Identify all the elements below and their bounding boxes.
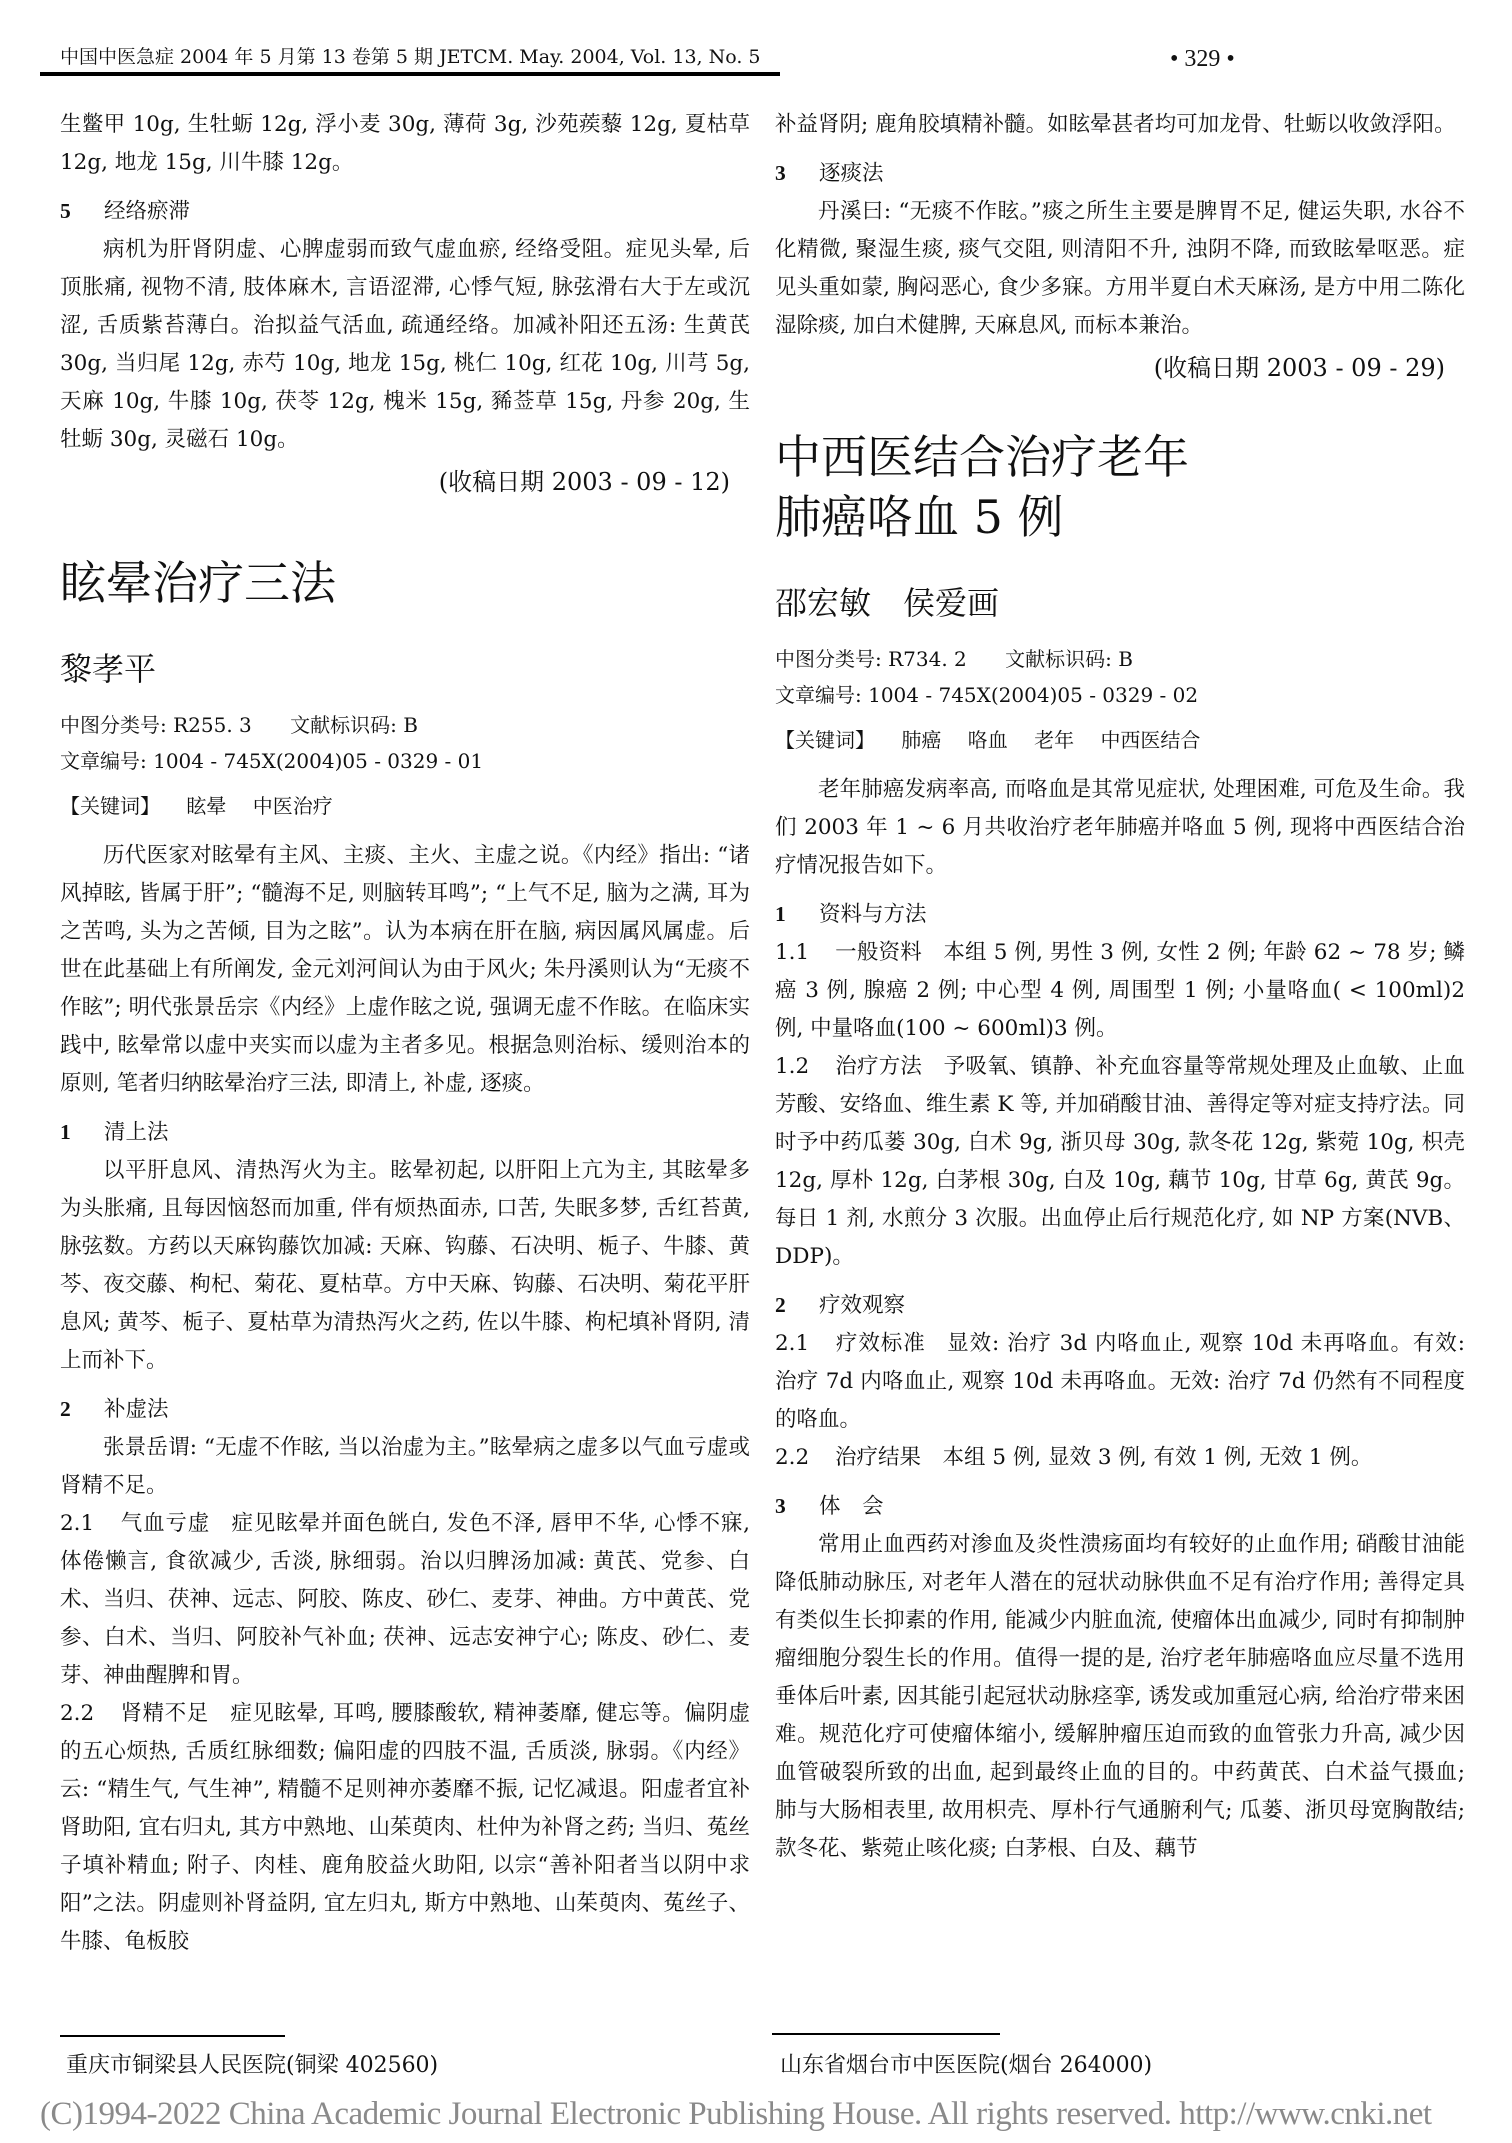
subsection-label: 气血亏虚 [120,1511,210,1536]
article-number: 文章编号: 1004 - 745X(2004)05 - 0329 - 02 [775,677,1465,713]
section-title: 逐痰法 [819,161,884,186]
article-title-line: 中西医结合治疗老年 [775,430,1189,484]
subsection-body: 症见眩晕并面色㿠白, 发色不泽, 唇甲不华, 心悸不寐, 体倦懒言, 食欲减少,… [60,1511,750,1688]
received-date: (收稿日期 2003 - 09 - 29) [775,349,1465,387]
section-title: 经络瘀滞 [104,199,190,224]
section-heading: 1资料与方法 [775,895,1465,934]
classification-line: 中图分类号: R255. 3 文献标识码: B [60,707,750,743]
prev-article-continuation: 生鳖甲 10g, 生牡蛎 12g, 浮小麦 30g, 薄荷 3g, 沙苑蒺藜 1… [60,106,750,182]
subsection: 1.2治疗方法予吸氧、镇静、补充血容量等常规处理及止血敏、止血芳酸、安络血、维生… [775,1048,1465,1276]
section-number: 3 [775,154,819,192]
subsection-body: 本组 5 例, 显效 3 例, 有效 1 例, 无效 1 例。 [943,1445,1373,1470]
subsection-label: 一般资料 [835,940,922,965]
clc-number: 中图分类号: R734. 2 [775,647,967,671]
subsection-body: 予吸氧、镇静、补充血容量等常规处理及止血敏、止血芳酸、安络血、维生素 K 等, … [775,1054,1465,1269]
doc-code: 文献标识码: B [1005,647,1133,671]
keywords-label: 【关键词】 [775,728,875,752]
section-title: 资料与方法 [819,902,927,927]
subsection-number: 2.2 [775,1439,835,1477]
section-heading: 2疗效观察 [775,1286,1465,1325]
article-title: 中西医结合治疗老年 肺癌咯血 5 例 [775,427,1465,547]
keywords: 【关键词】 眩晕 中医治疗 [60,787,750,825]
section-heading: 1清上法 [60,1113,750,1152]
article-title-line: 肺癌咯血 5 例 [775,490,1064,544]
subsection-number: 2.1 [775,1325,835,1363]
section-body: 张景岳谓: “无虚不作眩, 当以治虚为主。”眩晕病之虚多以气血亏虚或肾精不足。 [60,1429,750,1505]
doc-code: 文献标识码: B [290,713,418,737]
subsection-number: 2.1 [60,1505,120,1543]
subsection-body: 症见眩晕, 耳鸣, 腰膝酸软, 精神萎靡, 健忘等。偏阴虚的五心烦热, 舌质红脉… [60,1701,750,1954]
keyword: 咯血 [968,728,1008,752]
article-authors: 黎孝平 [60,647,750,691]
article-number: 文章编号: 1004 - 745X(2004)05 - 0329 - 01 [60,743,750,779]
section-heading: 3逐痰法 [775,154,1465,193]
subsection-number: 1.2 [775,1048,835,1086]
subsection-number: 2.2 [60,1695,120,1733]
keyword: 老年 [1034,728,1074,752]
section-number: 2 [60,1390,104,1428]
subsection: 2.1疗效标准显效: 治疗 3d 内咯血止, 观察 10d 未再咯血。有效: 治… [775,1325,1465,1439]
intro-paragraph: 老年肺癌发病率高, 而咯血是其常见症状, 处理困难, 可危及生命。我们 2003… [775,771,1465,885]
copyright-watermark: (C)1994-2022 China Academic Journal Elec… [40,2096,1432,2133]
classification-line: 中图分类号: R734. 2 文献标识码: B [775,641,1465,677]
subsection: 2.2治疗结果本组 5 例, 显效 3 例, 有效 1 例, 无效 1 例。 [775,1439,1465,1477]
header-rule [40,72,780,76]
section-body: 丹溪曰: “无痰不作眩。”痰之所生主要是脾胃不足, 健运失职, 水谷不化精微, … [775,193,1465,345]
keyword: 中医治疗 [253,794,333,818]
page-number: • 329 • [1170,46,1235,73]
keyword: 眩晕 [186,794,226,818]
article-authors: 邵宏敏 侯爱画 [775,581,1465,625]
subsection-label: 治疗方法 [835,1054,922,1079]
section-title: 疗效观察 [819,1293,905,1318]
subsection: 2.1气血亏虚症见眩晕并面色㿠白, 发色不泽, 唇甲不华, 心悸不寐, 体倦懒言… [60,1505,750,1695]
left-column: 生鳖甲 10g, 生牡蛎 12g, 浮小麦 30g, 薄荷 3g, 沙苑蒺藜 1… [60,106,750,1961]
section-number: 3 [775,1487,819,1525]
subsection: 2.2肾精不足症见眩晕, 耳鸣, 腰膝酸软, 精神萎靡, 健忘等。偏阴虚的五心烦… [60,1695,750,1961]
section-heading: 2补虚法 [60,1390,750,1429]
prev-article-continuation: 补益肾阴; 鹿角胶填精补髓。如眩晕甚者均可加龙骨、牡蛎以收敛浮阳。 [775,106,1465,144]
section-body: 病机为肝肾阴虚、心脾虚弱而致气虚血瘀, 经络受阻。症见头晕, 后顶胀痛, 视物不… [60,231,750,459]
section-body: 以平肝息风、清热泻火为主。眩晕初起, 以肝阳上亢为主, 其眩晕多为头胀痛, 且每… [60,1152,750,1380]
keywords-label: 【关键词】 [60,794,160,818]
subsection-label: 治疗结果 [835,1445,921,1470]
subsection-label: 疗效标准 [835,1331,926,1356]
intro-paragraph: 历代医家对眩晕有主风、主痰、主火、主虚之说。《内经》指出: “诸风掉眩, 皆属于… [60,837,750,1103]
subsection-number: 1.1 [775,934,835,972]
subsection-label: 肾精不足 [120,1701,209,1726]
subsection: 1.1一般资料本组 5 例, 男性 3 例, 女性 2 例; 年龄 62 ~ 7… [775,934,1465,1048]
section-number: 2 [775,1286,819,1324]
section-heading: 3体 会 [775,1487,1465,1526]
footnote-rule [772,2033,1000,2035]
clc-number: 中图分类号: R255. 3 [60,713,252,737]
section-number: 5 [60,192,104,230]
section-heading: 5经络瘀滞 [60,192,750,231]
section-title: 体 会 [819,1494,884,1519]
article-title: 眩晕治疗三法 [60,553,750,613]
running-header: 中国中医急症 2004 年 5 月第 13 卷第 5 期 JETCM. May.… [60,44,800,74]
received-date: (收稿日期 2003 - 09 - 12) [60,463,750,501]
section-number: 1 [775,895,819,933]
right-column: 补益肾阴; 鹿角胶填精补髓。如眩晕甚者均可加龙骨、牡蛎以收敛浮阳。 3逐痰法 丹… [775,106,1465,1868]
section-number: 1 [60,1113,104,1151]
keywords: 【关键词】 肺癌 咯血 老年 中西医结合 [775,721,1465,759]
author-affiliation: 重庆市铜梁县人民医院(铜梁 402560) [66,2048,438,2079]
keyword: 肺癌 [901,728,941,752]
section-title: 补虚法 [104,1397,169,1422]
author-affiliation: 山东省烟台市中医医院(烟台 264000) [780,2048,1152,2079]
section-title: 清上法 [104,1120,169,1145]
footnote-rule [60,2035,285,2037]
section-body: 常用止血西药对渗血及炎性溃疡面均有较好的止血作用; 硝酸甘油能降低肺动脉压, 对… [775,1526,1465,1868]
keyword: 中西医结合 [1100,728,1200,752]
